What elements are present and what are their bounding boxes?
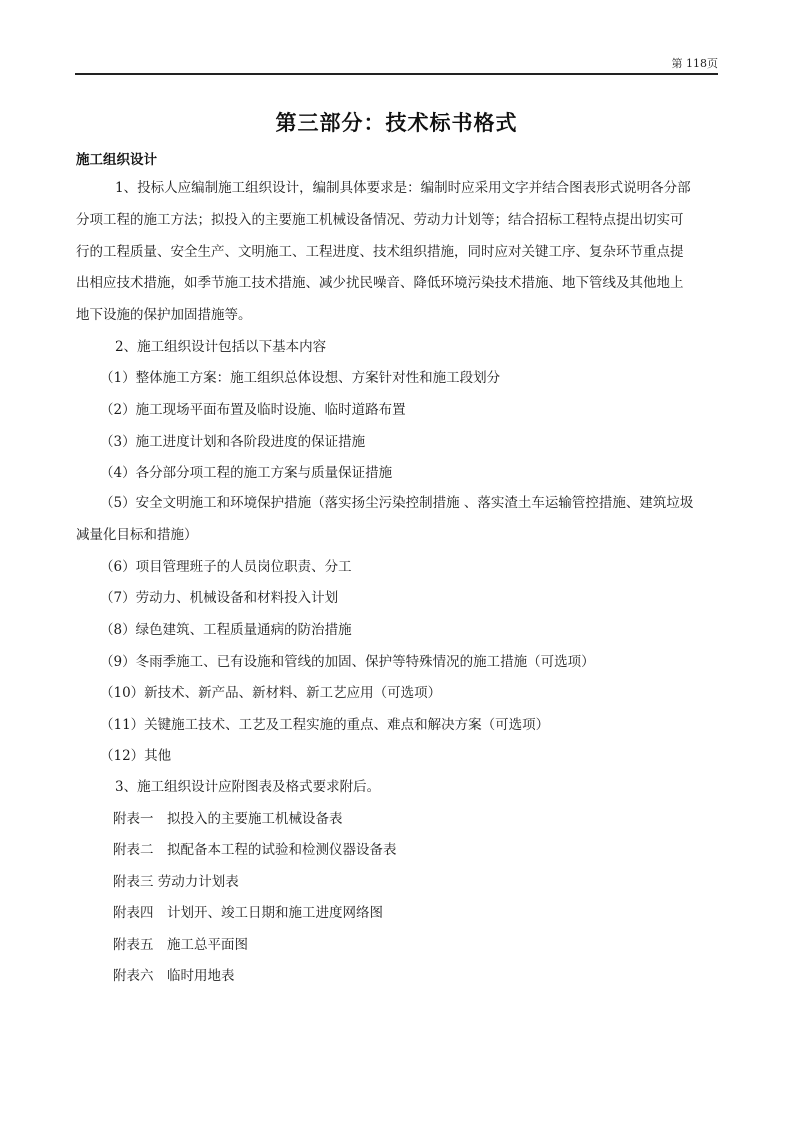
list-item-3: （3）施工进度计划和各阶段进度的保证措施 [100,433,365,451]
section-heading: 施工组织设计 [76,148,157,168]
paragraph-1-line-4: 出相应技术措施，如季节施工技术措施、减少扰民噪音、降低环境污染技术措施、地下管线… [76,274,684,292]
paragraph-1-line-2: 分项工程的施工方法；拟投入的主要施工机械设备情况、劳动力计划等；结合招标工程特点… [76,211,684,229]
list-item-10: （10）新技术、新产品、新材料、新工艺应用（可选项） [100,684,441,702]
paragraph-3: 3、施工组织设计应附图表及格式要求附后。 [115,778,380,796]
appendix-4: 附表四 计划开、竣工日期和施工进度网络图 [113,904,383,922]
list-item-4: （4）各分部分项工程的施工方案与质量保证措施 [100,464,392,482]
list-item-9: （9）冬雨季施工、已有设施和管线的加固、保护等特殊情况的施工措施（可选项） [100,653,595,671]
list-item-2: （2）施工现场平面布置及临时设施、临时道路布置 [100,401,406,419]
document-title: 第三部分：技术标书格式 [0,107,793,137]
list-item-5-cont: 减量化目标和措施） [76,526,198,544]
appendix-6: 附表六 临时用地表 [113,967,235,985]
paragraph-2: 2、施工组织设计包括以下基本内容 [115,338,326,356]
list-item-12: （12）其他 [100,747,171,765]
list-item-1: （1）整体施工方案：施工组织总体设想、方案针对性和施工段划分 [100,369,500,387]
list-item-8: （8）绿色建筑、工程质量通病的防治措施 [100,621,352,639]
paragraph-1-line-3: 行的工程质量、安全生产、文明施工、工程进度、技术组织措施，同时应对关键工序、复杂… [76,243,684,261]
list-item-6: （6）项目管理班子的人员岗位职责、分工 [100,558,352,576]
list-item-11: （11）关键施工技术、工艺及工程实施的重点、难点和解决方案（可选项） [100,716,549,734]
paragraph-1-line-1: 1、投标人应编制施工组织设计，编制具体要求是：编制时应采用文字并结合图表形式说明… [115,179,691,197]
page-number: 第 118页 [672,55,719,71]
list-item-7: （7）劳动力、机械设备和材料投入计划 [100,589,338,607]
appendix-2: 附表二 拟配备本工程的试验和检测仪器设备表 [113,841,397,859]
page-header: 第 118页 [75,55,718,75]
appendix-3: 附表三 劳动力计划表 [113,873,239,891]
paragraph-1-line-5: 地下设施的保护加固措施等。 [76,306,252,324]
appendix-1: 附表一 拟投入的主要施工机械设备表 [113,810,343,828]
appendix-5: 附表五 施工总平面图 [113,936,248,954]
list-item-5: （5）安全文明施工和环境保护措施（落实扬尘污染控制措施 、落实渣土车运输管控措施… [100,494,693,512]
